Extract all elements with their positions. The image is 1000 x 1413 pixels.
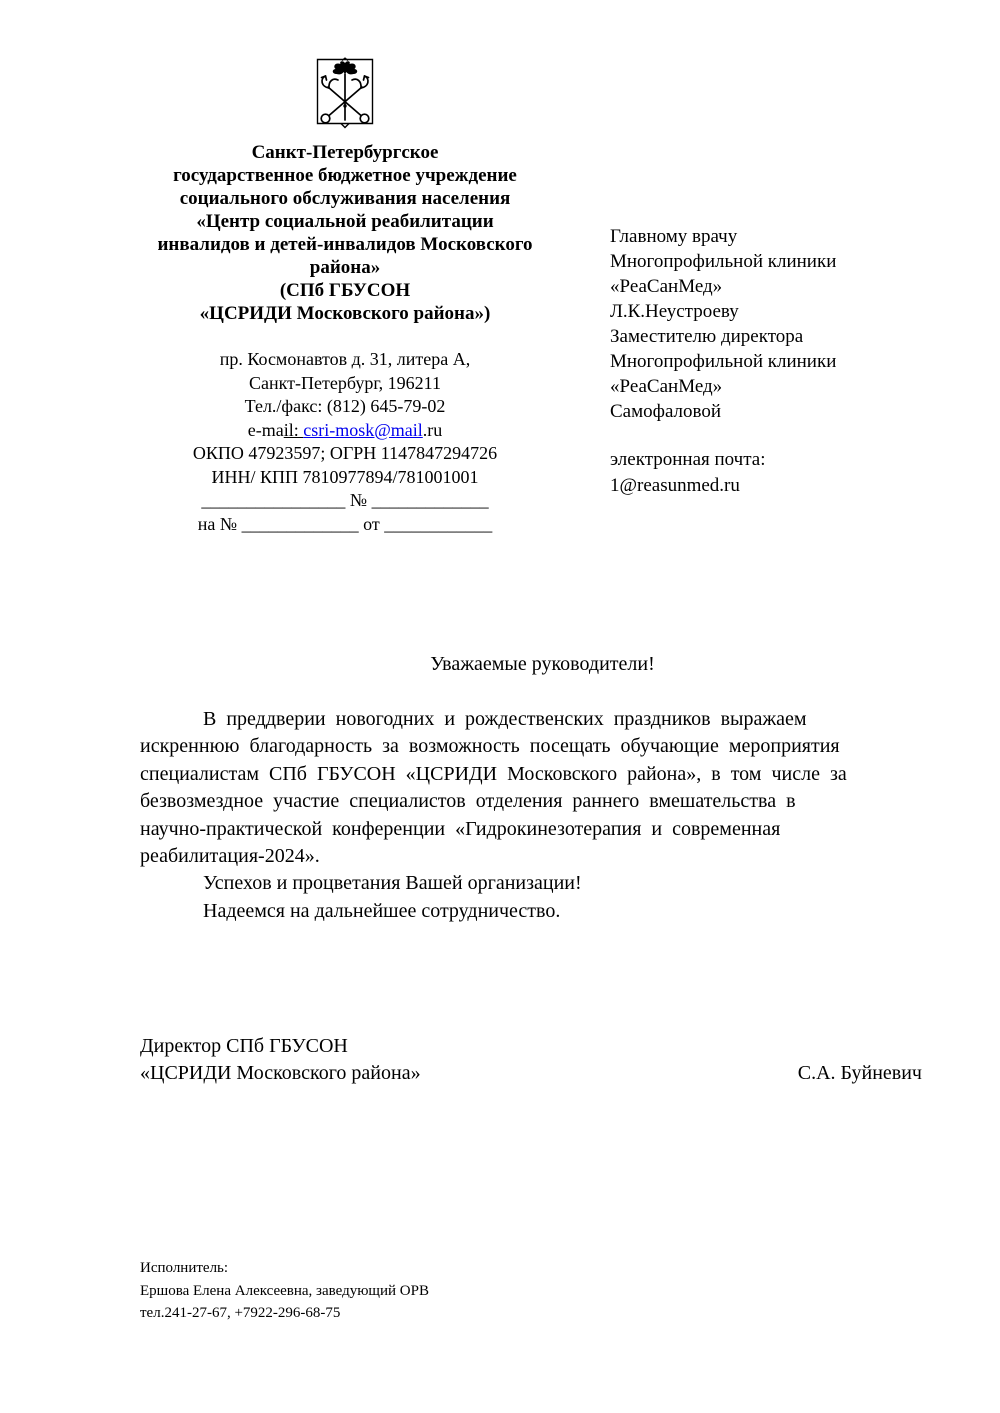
- recipient-email-block: электронная почта: 1@reasunmed.ru: [610, 447, 945, 498]
- executor-footer: Исполнитель: Ершова Елена Алексеевна, за…: [140, 1257, 640, 1325]
- executor-phones: тел.241-27-67, +7922-296-68-75: [140, 1302, 640, 1325]
- signature-name: С.А. Буйневич: [798, 1060, 922, 1087]
- email-label-underlined: il:: [284, 420, 304, 440]
- sender-org-name: Санкт-Петербургское государственное бюдж…: [125, 141, 565, 325]
- spb-coat-of-arms-icon: [315, 57, 375, 130]
- email-suffix: .ru: [423, 420, 443, 440]
- outgoing-number-line: ________________ № _____________: [125, 489, 565, 513]
- body-hope-line: Надеемся на дальнейшее сотрудничество.: [140, 898, 952, 925]
- sender-address-street: пр. Космонавтов д. 31, литера А,: [125, 348, 565, 372]
- recipient-email-value: 1@reasunmed.ru: [610, 473, 945, 499]
- sender-email-link[interactable]: csri-mosk@mail: [303, 420, 423, 440]
- letter-page: Санкт-Петербургское государственное бюдж…: [0, 0, 1000, 1413]
- body-wish-line: Успехов и процветания Вашей организации!: [140, 870, 952, 897]
- sender-contact-block: пр. Космонавтов д. 31, литера А, Санкт-П…: [125, 348, 565, 536]
- sender-phone: Тел./факс: (812) 645-79-02: [125, 395, 565, 419]
- executor-label: Исполнитель:: [140, 1257, 640, 1280]
- sender-okpo-ogrn: ОКПО 47923597; ОГРН 1147847294726: [125, 442, 565, 466]
- executor-name: Ершова Елена Алексеевна, заведующий ОРВ: [140, 1280, 640, 1303]
- sender-inn-kpp: ИНН/ КПП 7810977894/781001001: [125, 466, 565, 490]
- sender-address-city: Санкт-Петербург, 196211: [125, 372, 565, 396]
- signature-position: Директор СПб ГБУСОН «ЦСРИДИ Московского …: [140, 1033, 421, 1087]
- recipient-email-label: электронная почта:: [610, 447, 945, 473]
- body-paragraph: В преддверии новогодних и рождественских…: [140, 706, 952, 870]
- reference-number-line: на № _____________ от ____________: [125, 513, 565, 537]
- signature-row: Директор СПб ГБУСОН «ЦСРИДИ Московского …: [140, 1033, 922, 1087]
- salutation: Уважаемые руководители!: [140, 653, 945, 676]
- letter-body: В преддверии новогодних и рождественских…: [140, 706, 952, 925]
- email-label: e-ma: [248, 420, 284, 440]
- recipient-block: Главному врачу Многопрофильной клиники «…: [610, 224, 945, 424]
- sender-email-line: e-mail: csri-mosk@mail.ru: [125, 419, 565, 443]
